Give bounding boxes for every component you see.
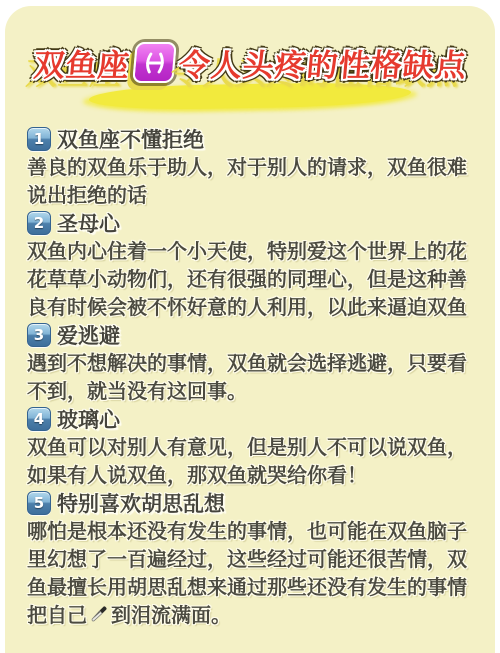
section-4-heading: 4 玻璃心 xyxy=(27,405,473,433)
title-part2: 令人头疼的性格缺点 xyxy=(177,40,469,85)
section-2-heading-text: 圣母心 xyxy=(57,208,120,238)
section-1: 1 双鱼座不懂拒绝 善良的双鱼乐于助人，对于别人的请求，双鱼很难说出拒绝的话 xyxy=(27,125,473,209)
number-4-badge-icon: 4 xyxy=(27,407,51,431)
section-4: 4 玻璃心 双鱼可以对别人有意见，但是别人不可以说双鱼，如果有人说双鱼，那双鱼就… xyxy=(27,405,473,489)
section-4-body: 双鱼可以对别人有意见，但是别人不可以说双鱼，如果有人说双鱼，那双鱼就哭给你看！ xyxy=(27,433,473,489)
section-5-heading: 5 特别喜欢胡思乱想 xyxy=(27,489,473,517)
number-5-badge-icon: 5 xyxy=(27,491,51,515)
knife-icon xyxy=(88,603,110,625)
section-2: 2 圣母心 双鱼内心住着一个小天使，特别爱这个世界上的花花草草小动物们，还有很强… xyxy=(27,209,473,321)
section-3-heading-text: 爱逃避 xyxy=(57,320,120,350)
section-3-heading: 3 爱逃避 xyxy=(27,321,473,349)
section-1-heading-text: 双鱼座不懂拒绝 xyxy=(57,124,204,154)
post-card: 双鱼座 令人头疼的性格缺点 1 双鱼座不懂拒绝 善良的双鱼乐于助人，对于别人的请… xyxy=(5,6,495,653)
number-1-badge-icon: 1 xyxy=(27,127,51,151)
title-text: 双鱼座 令人头疼的性格缺点 xyxy=(32,40,469,85)
pisces-icon xyxy=(132,42,177,83)
section-2-heading: 2 圣母心 xyxy=(27,209,473,237)
title-highlight-swash xyxy=(89,81,411,111)
section-1-body: 善良的双鱼乐于助人，对于别人的请求，双鱼很难说出拒绝的话 xyxy=(27,153,473,209)
number-2-badge-icon: 2 xyxy=(27,211,51,235)
number-3-badge-icon: 3 xyxy=(27,323,51,347)
page-title: 双鱼座 令人头疼的性格缺点 xyxy=(27,40,473,114)
section-5-heading-text: 特别喜欢胡思乱想 xyxy=(57,488,225,518)
title-part1: 双鱼座 xyxy=(32,40,132,85)
section-5-body: 哪怕是根本还没有发生的事情，也可能在双鱼脑子里幻想了一百遍经过，这些经过可能还很… xyxy=(27,517,473,629)
section-5: 5 特别喜欢胡思乱想 哪怕是根本还没有发生的事情，也可能在双鱼脑子里幻想了一百遍… xyxy=(27,489,473,629)
section-3: 3 爱逃避 遇到不想解决的事情，双鱼就会选择逃避，只要看不到，就当没有这回事。 xyxy=(27,321,473,405)
section-4-heading-text: 玻璃心 xyxy=(57,404,120,434)
post-content: 双鱼座 令人头疼的性格缺点 1 双鱼座不懂拒绝 善良的双鱼乐于助人，对于别人的请… xyxy=(27,6,473,653)
section-3-body: 遇到不想解决的事情，双鱼就会选择逃避，只要看不到，就当没有这回事。 xyxy=(27,349,473,405)
section-1-heading: 1 双鱼座不懂拒绝 xyxy=(27,125,473,153)
section-2-body: 双鱼内心住着一个小天使，特别爱这个世界上的花花草草小动物们，还有很强的同理心，但… xyxy=(27,237,473,321)
sections-list: 1 双鱼座不懂拒绝 善良的双鱼乐于助人，对于别人的请求，双鱼很难说出拒绝的话 2… xyxy=(27,125,473,629)
